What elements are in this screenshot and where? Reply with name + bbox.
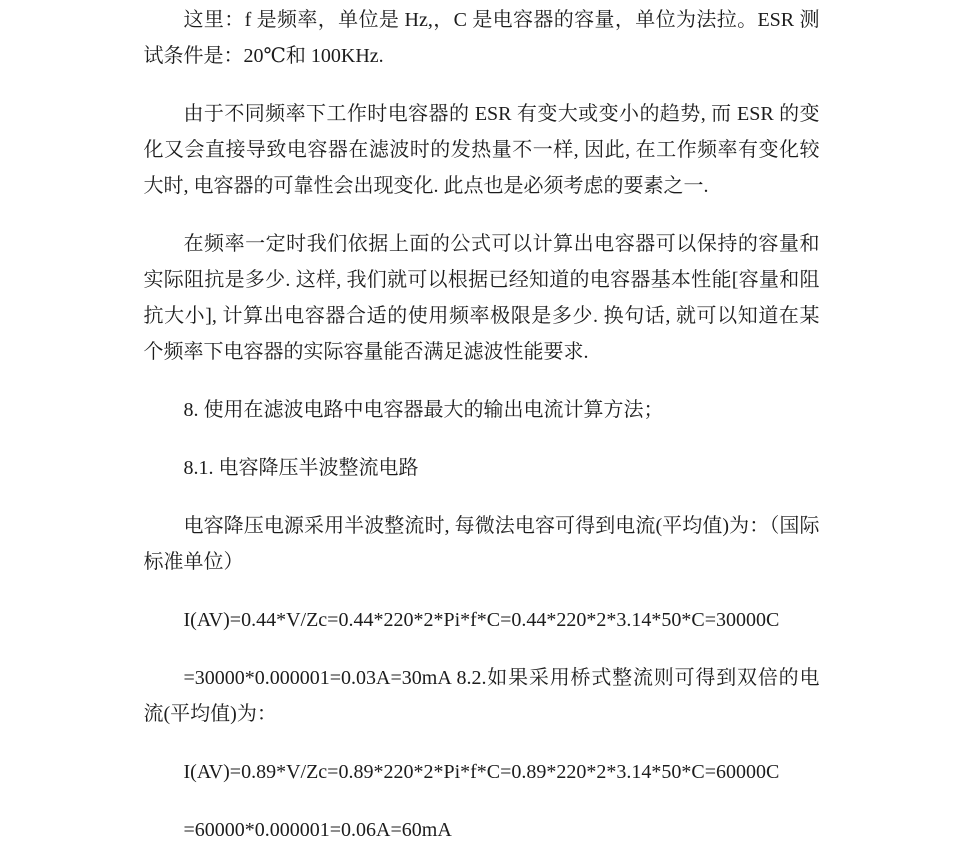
document-page: 这里：f 是频率，单位是 Hz,，C 是电容器的容量，单位为法拉。ESR 测试条… [144, 0, 820, 844]
para-half-wave-result-and-bridge-intro: =30000*0.000001=0.03A=30mA 8.2.如果采用桥式整流则… [144, 660, 820, 732]
para-esr-test-conditions: 这里：f 是频率，单位是 Hz,，C 是电容器的容量，单位为法拉。ESR 测试条… [144, 2, 820, 74]
para-half-wave-current-intro: 电容降压电源采用半波整流时, 每微法电容可得到电流(平均值)为：（国际标准单位） [144, 508, 820, 580]
formula-bridge-current: I(AV)=0.89*V/Zc=0.89*220*2*Pi*f*C=0.89*2… [144, 754, 820, 790]
para-esr-frequency-variation: 由于不同频率下工作时电容器的 ESR 有变大或变小的趋势, 而 ESR 的变化又… [144, 96, 820, 204]
para-capacity-impedance-calculation: 在频率一定时我们依据上面的公式可以计算出电容器可以保持的容量和实际阻抗是多少. … [144, 226, 820, 370]
heading-section-8-1: 8.1. 电容降压半波整流电路 [144, 450, 820, 486]
formula-bridge-result: =60000*0.000001=0.06A=60mA [144, 812, 820, 844]
heading-section-8: 8. 使用在滤波电路中电容器最大的输出电流计算方法； [144, 392, 820, 428]
formula-half-wave-current: I(AV)=0.44*V/Zc=0.44*220*2*Pi*f*C=0.44*2… [144, 602, 820, 638]
